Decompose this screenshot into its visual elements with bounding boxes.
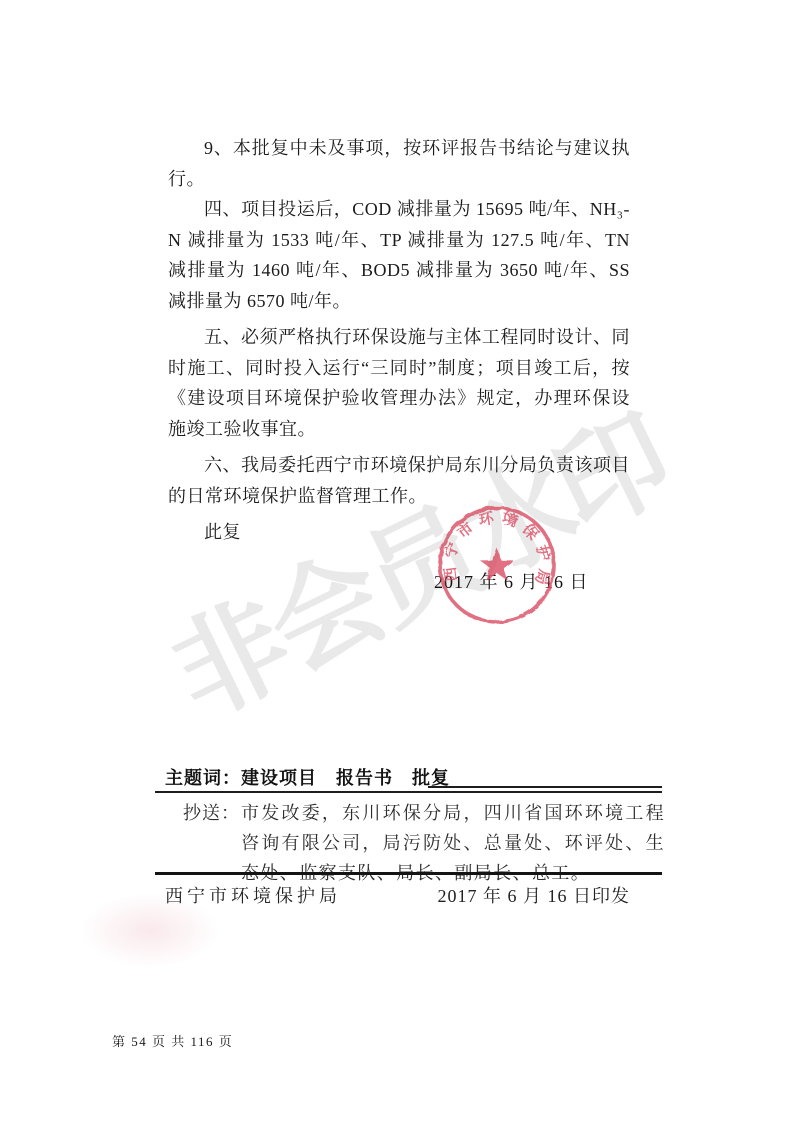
- keywords-row: 主题词：建设项目 报告书 批复: [165, 764, 450, 790]
- body-paragraph: 六、我局委托西宁市环境保护局东川分局负责该项目的日常环境保护监督管理工作。: [168, 450, 630, 511]
- keywords-underline: [428, 786, 662, 788]
- page-number-footer: 第 54 页 共 116 页: [112, 1031, 233, 1050]
- issuer-row: 西宁市环境保护局 2017 年 6 月 16 日印发: [165, 882, 630, 908]
- separator-line-top: [155, 791, 662, 793]
- issue-date: 2017 年 6 月 16 日: [434, 568, 589, 594]
- closing-phrase: 此复: [168, 517, 630, 548]
- body-paragraph: 四、项目投运后，COD 减排量为 15695 吨/年、NH₃-N 减排量为 15…: [168, 194, 630, 316]
- keywords-label: 主题词：: [165, 768, 241, 788]
- body-paragraph: 9、本批复中未及事项，按环评报告书结论与建议执行。: [168, 133, 630, 194]
- keywords-value: 建设项目 报告书 批复: [241, 768, 450, 788]
- document-body: 9、本批复中未及事项，按环评报告书结论与建议执行。 四、项目投运后，COD 减排…: [168, 133, 630, 548]
- print-date: 2017 年 6 月 16 日印发: [438, 882, 631, 908]
- document-page: 非会员水印 9、本批复中未及事项，按环评报告书结论与建议执行。 四、项目投运后，…: [0, 0, 793, 1122]
- separator-line-bottom: [155, 872, 662, 875]
- body-paragraph: 五、必须严格执行环保设施与主体工程同时设计、同时施工、同时投入运行“三同时”制度…: [168, 322, 630, 444]
- issuer-name: 西宁市环境保护局: [165, 882, 341, 908]
